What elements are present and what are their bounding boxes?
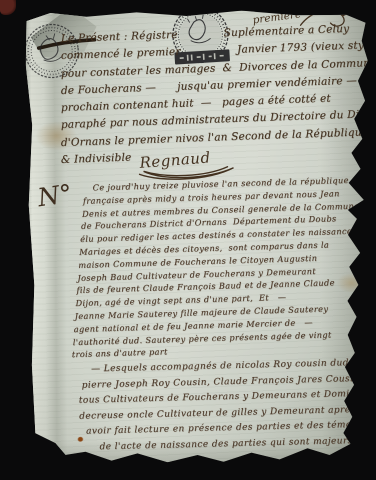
- witness-paragraph: — Lesquels accompagnés de nicolas Roy co…: [78, 355, 376, 455]
- registration-paragraph: Ce jourd'huy treize pluviose l'an second…: [84, 174, 364, 361]
- document-page: première Le Présent : Régistre Suplément…: [16, 3, 371, 469]
- margin-number-mark: N°: [36, 179, 74, 213]
- heading-paragraph: Le Présent : Régistre Suplémentaire a Ce…: [61, 19, 376, 169]
- scanned-register-photo: première Le Présent : Régistre Suplément…: [0, 0, 376, 480]
- binding-leather-remnant: [0, 0, 16, 15]
